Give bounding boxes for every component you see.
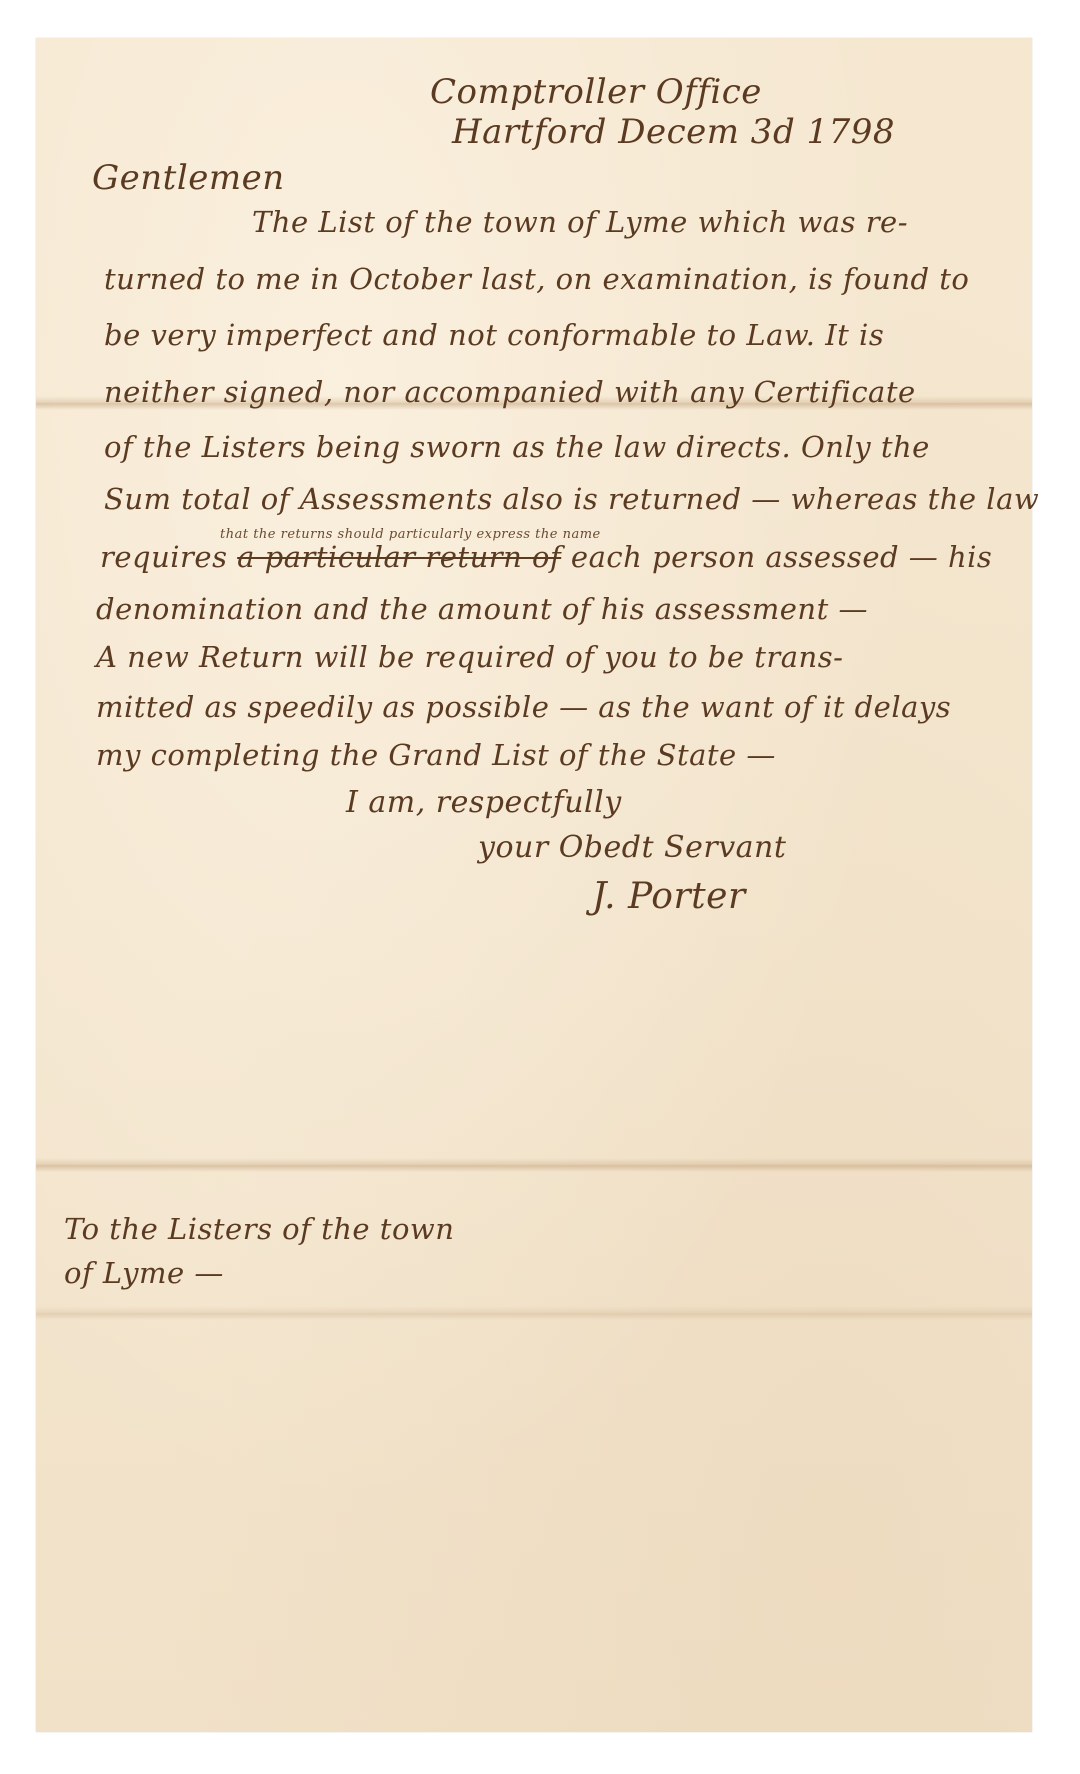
fold-crease-lower: [36, 1158, 1032, 1172]
body-line-4: neither signed, nor accompanied with any…: [104, 375, 916, 409]
body-line-1: The List of the town of Lyme which was r…: [252, 205, 908, 239]
body-line-7: requires a particular return of each per…: [100, 540, 992, 574]
body-line-2: turned to me in October last, on examina…: [104, 262, 969, 296]
body-line-10: mitted as speedily as possible — as the …: [96, 690, 951, 724]
place-date-line: Hartford Decem 3d 1798: [452, 112, 895, 152]
address-line-1: To the Listers of the town: [64, 1212, 454, 1246]
body-line-9: A new Return will be required of you to …: [96, 640, 843, 674]
signature: J. Porter: [592, 876, 746, 917]
body-line-8: denomination and the amount of his asses…: [96, 592, 868, 626]
salutation: Gentlemen: [92, 158, 285, 198]
address-line-2: of Lyme —: [64, 1256, 224, 1290]
closing-line-1: I am, respectfully: [346, 785, 622, 820]
body-line-11: my completing the Grand List of the Stat…: [96, 738, 776, 772]
fold-crease-bottom: [36, 1306, 1032, 1320]
line7-end: each person assessed — his: [571, 540, 992, 574]
body-line-3: be very imperfect and not conformable to…: [104, 318, 884, 352]
closing-line-2: your Obedt Servant: [478, 830, 786, 865]
line7-start: requires: [100, 540, 227, 574]
body-line-5: of the Listers being sworn as the law di…: [104, 430, 930, 464]
office-heading: Comptroller Office: [430, 72, 762, 112]
struck-text: a particular return of: [237, 540, 561, 574]
body-line-6: Sum total of Assessments also is returne…: [104, 482, 1039, 516]
